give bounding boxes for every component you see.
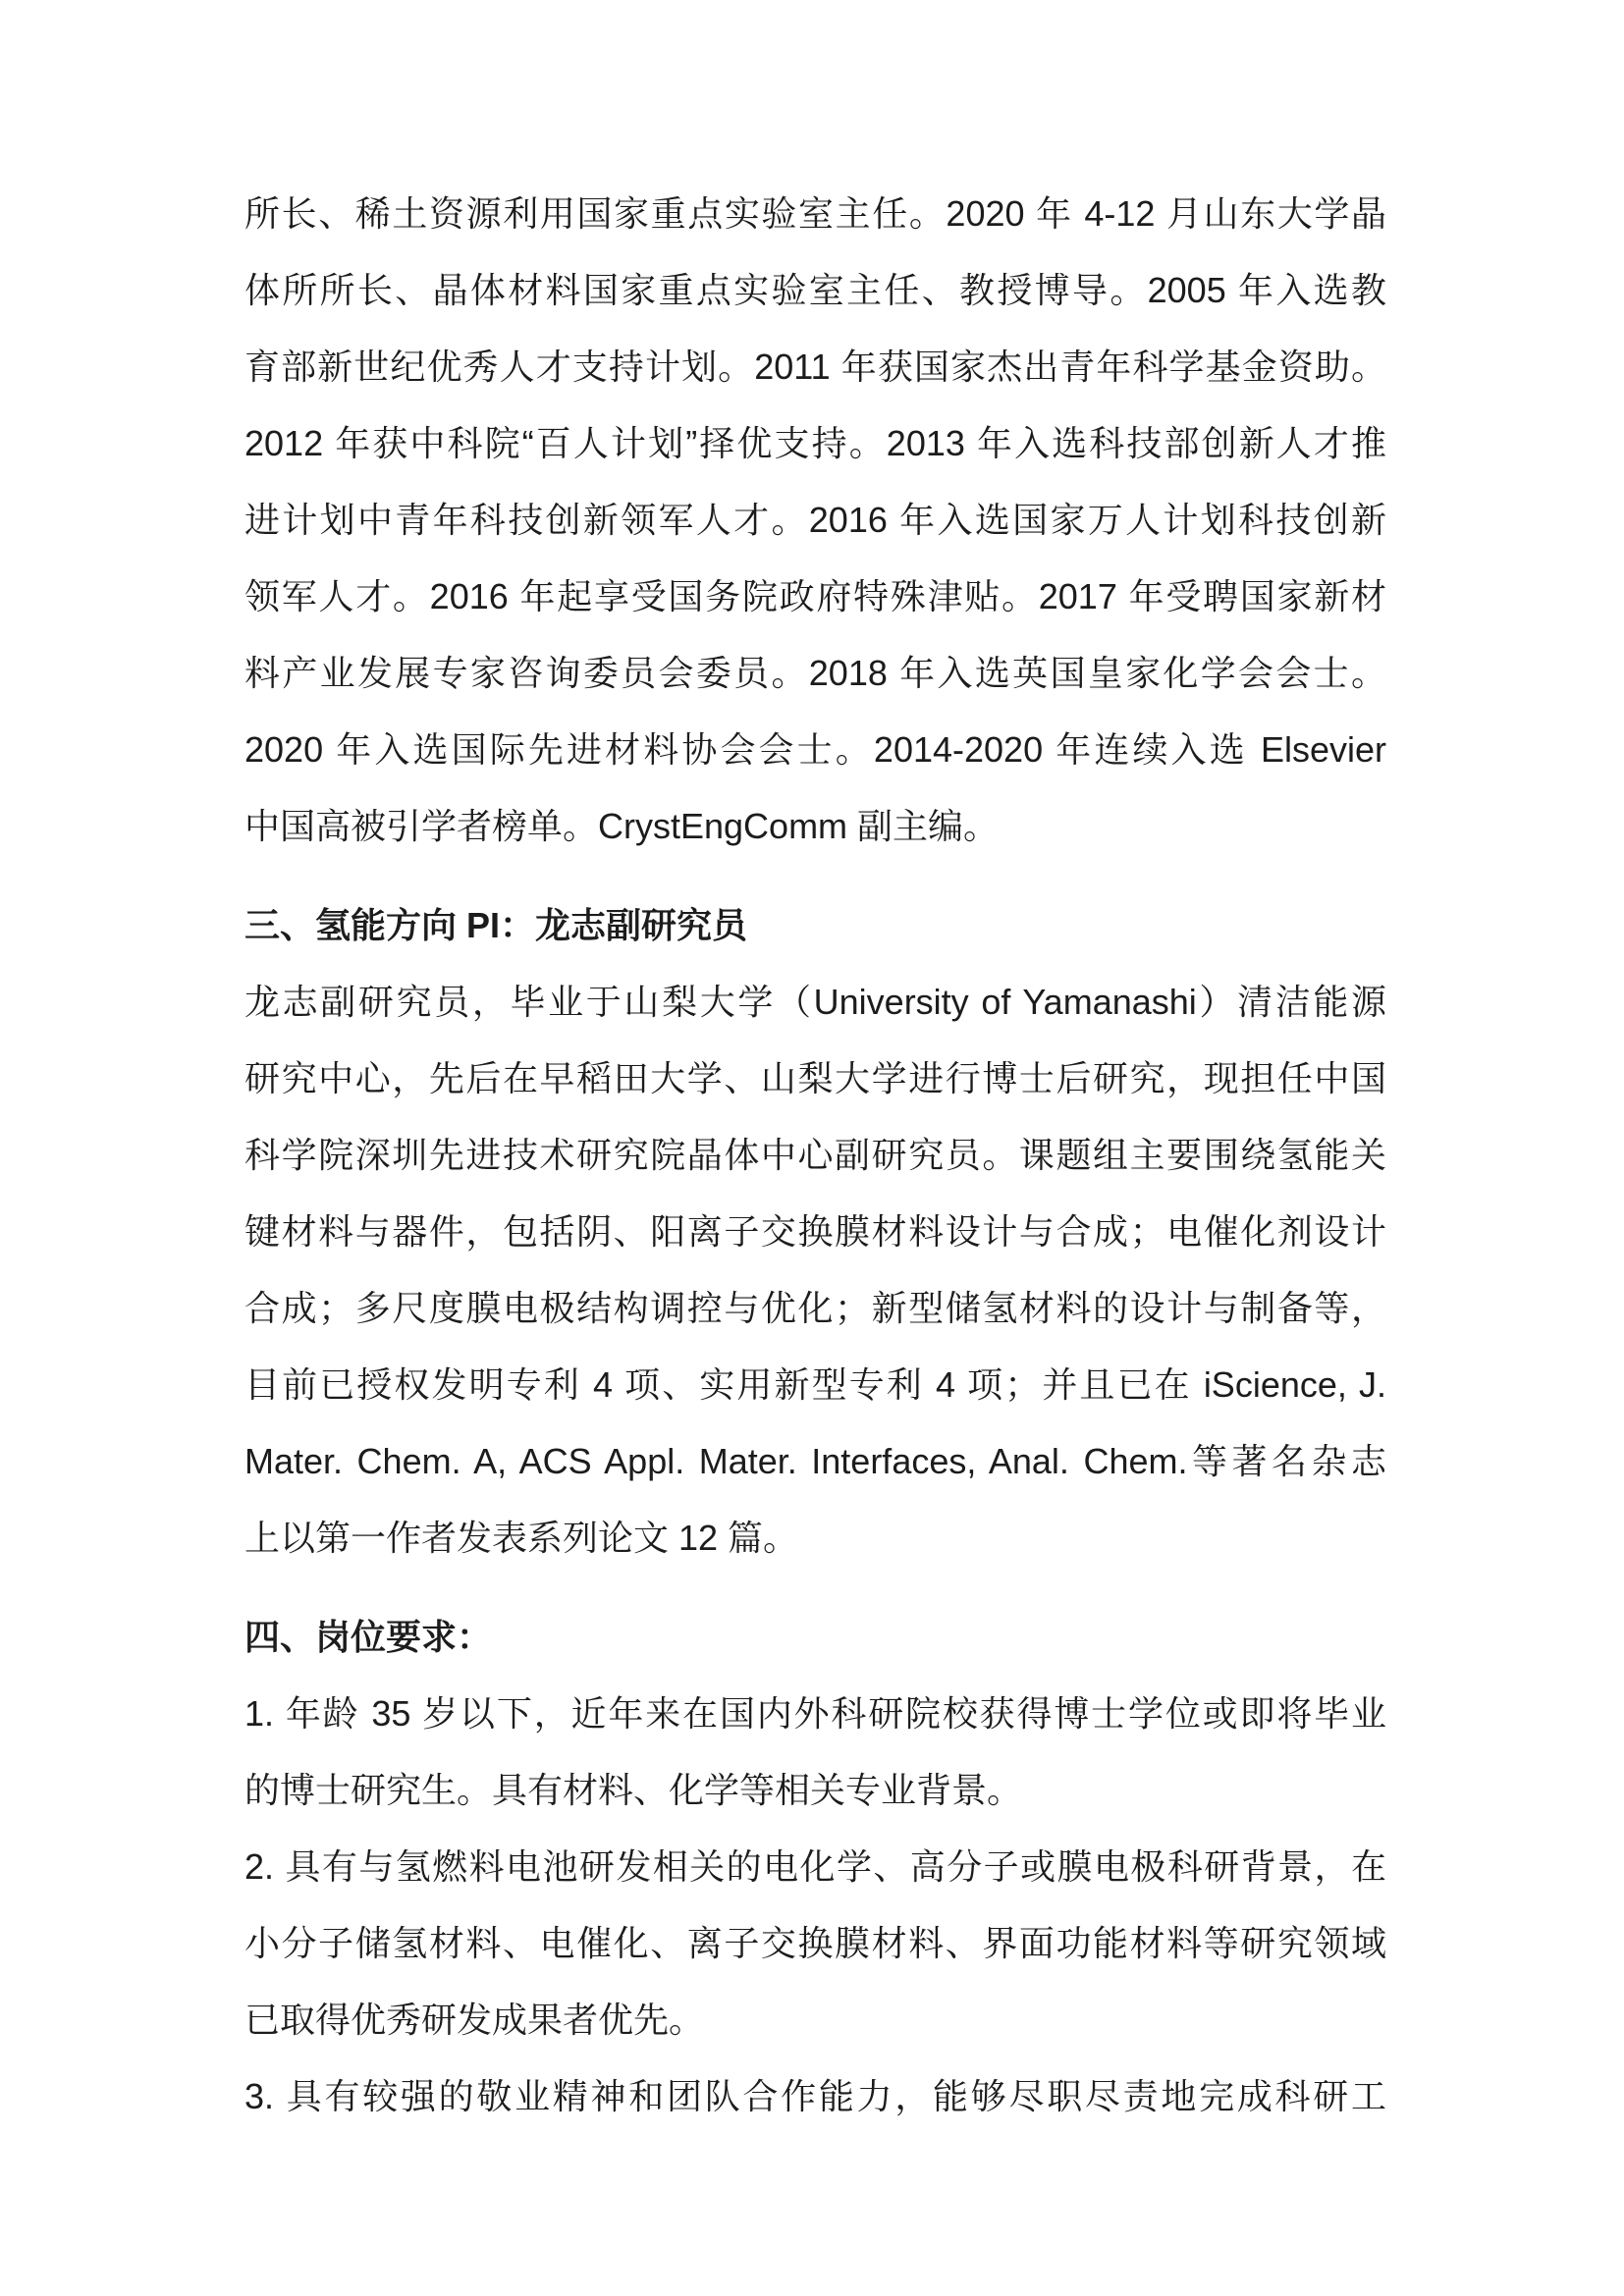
long-zhi-bio-paragraph-line-8: 上以第一作者发表系列论文 12 篇。 xyxy=(244,1500,1386,1576)
bio-continued-paragraph-line-7: 料产业发展专家咨询委员会委员。2018 年入选英国皇家化学会会士。 xyxy=(244,635,1386,712)
section-heading-requirements: 四、岗位要求： xyxy=(244,1599,1386,1676)
requirements-list-line-6: 3. 具有较强的敬业精神和团队合作能力，能够尽职尽责地完成科研工 xyxy=(244,2058,1386,2135)
long-zhi-bio-paragraph-line-4: 键材料与器件，包括阴、阳离子交换膜材料设计与合成；电催化剂设计 xyxy=(244,1194,1386,1270)
requirements-list-line-5: 已取得优秀研发成果者优先。 xyxy=(244,1982,1386,2058)
bio-continued-paragraph: 所长、稀土资源利用国家重点实验室主任。2020 年 4-12 月山东大学晶体所所… xyxy=(244,176,1386,865)
long-zhi-bio-paragraph-line-5: 合成；多尺度膜电极结构调控与优化；新型储氢材料的设计与制备等， xyxy=(244,1270,1386,1347)
bio-continued-paragraph-line-5: 进计划中青年科技创新领军人才。2016 年入选国家万人计划科技创新 xyxy=(244,482,1386,559)
requirements-list-line-2: 的博士研究生。具有材料、化学等相关专业背景。 xyxy=(244,1752,1386,1829)
long-zhi-bio-paragraph-line-7: Mater. Chem. A, ACS Appl. Mater. Interfa… xyxy=(244,1423,1386,1500)
bio-continued-paragraph-line-8: 2020 年入选国际先进材料协会会士。2014-2020 年连续入选 Elsev… xyxy=(244,712,1386,788)
bio-continued-paragraph-line-3: 育部新世纪优秀人才支持计划。2011 年获国家杰出青年科学基金资助。 xyxy=(244,329,1386,405)
bio-continued-paragraph-line-1: 所长、稀土资源利用国家重点实验室主任。2020 年 4-12 月山东大学晶 xyxy=(244,176,1386,252)
requirements-list-line-4: 小分子储氢材料、电催化、离子交换膜材料、界面功能材料等研究领域 xyxy=(244,1905,1386,1982)
document-content: 所长、稀土资源利用国家重点实验室主任。2020 年 4-12 月山东大学晶体所所… xyxy=(244,176,1386,2135)
bio-continued-paragraph-line-9: 中国高被引学者榜单。CrystEngComm 副主编。 xyxy=(244,788,1386,865)
section-heading-hydrogen-pi-line-1: 三、氢能方向 PI：龙志副研究员 xyxy=(244,887,1386,964)
requirements-list-line-3: 2. 具有与氢燃料电池研发相关的电化学、高分子或膜电极科研背景，在 xyxy=(244,1829,1386,1905)
section-heading-requirements-line-1: 四、岗位要求： xyxy=(244,1599,1386,1676)
bio-continued-paragraph-line-4: 2012 年获中科院“百人计划”择优支持。2013 年入选科技部创新人才推 xyxy=(244,405,1386,482)
long-zhi-bio-paragraph-line-6: 目前已授权发明专利 4 项、实用新型专利 4 项；并且已在 iScience, … xyxy=(244,1347,1386,1423)
document-page: 所长、稀土资源利用国家重点实验室主任。2020 年 4-12 月山东大学晶体所所… xyxy=(0,0,1624,2296)
requirements-list: 1. 年龄 35 岁以下，近年来在国内外科研院校获得博士学位或即将毕业的博士研究… xyxy=(244,1676,1386,2135)
bio-continued-paragraph-line-2: 体所所长、晶体材料国家重点实验室主任、教授博导。2005 年入选教 xyxy=(244,252,1386,329)
long-zhi-bio-paragraph: 龙志副研究员，毕业于山梨大学（University of Yamanashi）清… xyxy=(244,964,1386,1576)
long-zhi-bio-paragraph-line-2: 研究中心，先后在早稻田大学、山梨大学进行博士后研究，现担任中国 xyxy=(244,1041,1386,1117)
requirements-list-line-1: 1. 年龄 35 岁以下，近年来在国内外科研院校获得博士学位或即将毕业 xyxy=(244,1676,1386,1752)
long-zhi-bio-paragraph-line-1: 龙志副研究员，毕业于山梨大学（University of Yamanashi）清… xyxy=(244,964,1386,1041)
long-zhi-bio-paragraph-line-3: 科学院深圳先进技术研究院晶体中心副研究员。课题组主要围绕氢能关 xyxy=(244,1117,1386,1194)
section-heading-hydrogen-pi: 三、氢能方向 PI：龙志副研究员 xyxy=(244,887,1386,964)
bio-continued-paragraph-line-6: 领军人才。2016 年起享受国务院政府特殊津贴。2017 年受聘国家新材 xyxy=(244,559,1386,635)
